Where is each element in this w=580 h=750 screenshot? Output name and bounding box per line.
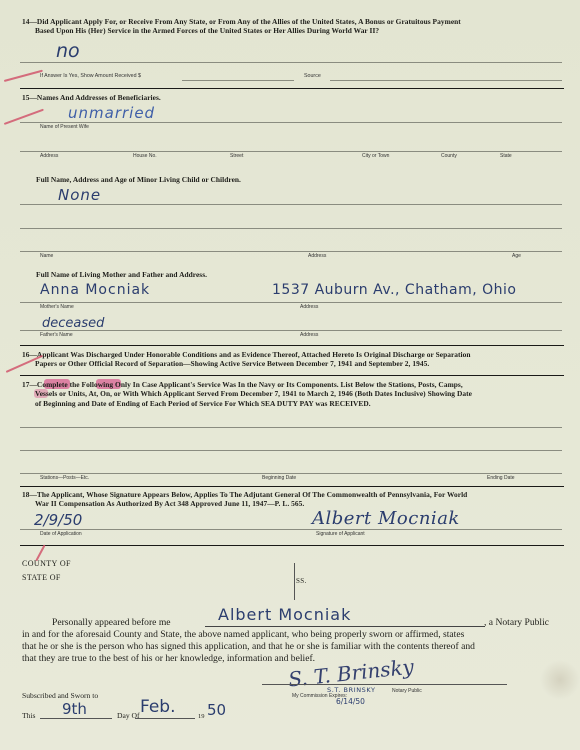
mother-address-value: 1537 Auburn Av., Chatham, Ohio <box>272 282 516 298</box>
month-value: Feb. <box>140 697 176 717</box>
stations-label: Stations—Posts—Etc. <box>40 475 89 481</box>
children-value: None <box>58 186 101 204</box>
q18-statement: 18—The Applicant, Whose Signature Appear… <box>22 490 572 509</box>
wife-name-line[interactable] <box>20 122 562 123</box>
address-label: Address <box>40 153 58 159</box>
parents-title: Full Name of Living Mother and Father an… <box>36 270 207 279</box>
ending-date-label: Ending Date <box>487 475 515 481</box>
state-label: State <box>500 153 512 159</box>
notary-public-label: Notary Public <box>392 688 422 694</box>
section-divider-15 <box>20 345 564 346</box>
q18-line[interactable] <box>20 529 562 530</box>
children-line-1[interactable] <box>20 204 562 205</box>
q16-line-2: Papers or Other Official Record of Separ… <box>22 359 572 368</box>
notary-body-1: in and for the aforesaid County and Stat… <box>22 629 567 641</box>
father-name-label: Father's Name <box>40 332 73 338</box>
state-of-label: STATE OF <box>22 573 61 582</box>
amount-received-line[interactable] <box>182 80 294 81</box>
mother-line[interactable] <box>20 302 562 303</box>
q18-line-1: 18—The Applicant, Whose Signature Appear… <box>22 490 467 499</box>
appeared-name-value: Albert Mocniak <box>218 605 351 624</box>
application-date-value: 2/9/50 <box>34 511 82 529</box>
application-form-page: 14—Did Applicant Apply For, or Receive F… <box>0 0 580 750</box>
children-line-2[interactable] <box>20 228 562 229</box>
notary-body-3: that they are true to the best of his or… <box>22 653 315 665</box>
appeared-prefix: Personally appeared before me <box>52 617 171 629</box>
children-line-3[interactable] <box>20 251 562 252</box>
section-divider-16 <box>20 375 564 376</box>
child-age-label: Age <box>512 253 521 259</box>
city-label: City or Town <box>362 153 389 159</box>
beginning-date-label: Beginning Date <box>262 475 296 481</box>
appeared-name-line[interactable] <box>205 626 485 627</box>
wife-name-value: unmarried <box>68 104 155 122</box>
q17-line-3: of Beginning and Date of Ending of Each … <box>22 399 572 408</box>
street-label: Street <box>230 153 243 159</box>
wife-address-line[interactable] <box>20 151 562 152</box>
q17-line-1: 17—Complete the Following Only In Case A… <box>22 380 463 389</box>
house-no-label: House No. <box>133 153 157 159</box>
father-address-label: Address <box>300 332 318 338</box>
paper-stain <box>540 660 580 700</box>
child-address-label: Address <box>308 253 326 259</box>
mother-name-label: Mother's Name <box>40 304 74 310</box>
q16-statement: 16—Applicant Was Discharged Under Honora… <box>22 350 572 369</box>
month-line[interactable] <box>135 718 195 719</box>
source-label: Source <box>304 73 321 79</box>
county-label: County <box>441 153 457 159</box>
day-line[interactable] <box>40 718 112 719</box>
mother-name-value: Anna Mocniak <box>40 282 150 298</box>
q17-line-2: Vessels or Units, At, On, or With Which … <box>22 389 572 398</box>
commission-expires-value: 6/14/50 <box>336 697 365 706</box>
q14-question: 14—Did Applicant Apply For, or Receive F… <box>22 17 572 36</box>
mother-address-label: Address <box>300 304 318 310</box>
notary-signature-line[interactable] <box>262 684 507 685</box>
date-of-application-label: Date of Application <box>40 531 82 537</box>
q14-line-1: 14—Did Applicant Apply For, or Receive F… <box>22 17 461 26</box>
amount-received-label: If Answer Is Yes, Show Amount Received $ <box>40 73 141 79</box>
q14-line-2: Based Upon His (Her) Service in the Arme… <box>22 26 572 35</box>
q14-answer-line <box>20 62 562 63</box>
year-value: 50 <box>207 701 226 719</box>
day-value: 9th <box>62 700 87 718</box>
father-name-value: deceased <box>42 316 104 331</box>
this-label: This <box>22 710 36 722</box>
q17-line-c[interactable] <box>20 473 562 474</box>
q17-instruction: 17—Complete the Following Only In Case A… <box>22 380 572 408</box>
source-line[interactable] <box>330 80 562 81</box>
check-mark-q14 <box>4 70 43 82</box>
child-name-label: Name <box>40 253 53 259</box>
q14-answer: no <box>56 40 80 62</box>
notary-body-2: that he or she is the person who has sig… <box>22 641 567 653</box>
section-divider-14 <box>20 88 564 89</box>
q16-line-1: 16—Applicant Was Discharged Under Honora… <box>22 350 471 359</box>
wife-name-label: Name of Present Wife <box>40 124 89 130</box>
father-line[interactable] <box>20 330 562 331</box>
applicant-signature: Albert Mocniak <box>312 508 460 529</box>
q17-line-b[interactable] <box>20 450 562 451</box>
ss-label: SS. <box>296 577 307 585</box>
year-prefix: 19 <box>198 711 205 723</box>
q18-line-2: War II Compensation As Authorized By Act… <box>22 499 572 508</box>
county-of-label: COUNTY OF <box>22 559 71 568</box>
section-divider-17 <box>20 486 564 487</box>
ss-bracket <box>290 563 295 600</box>
appeared-suffix: , a Notary Public <box>484 617 549 629</box>
signature-of-applicant-label: Signature of Applicant <box>316 531 365 537</box>
day-of-label: Day Of <box>117 710 140 722</box>
section-divider-18 <box>20 545 564 546</box>
q15-title: 15—Names And Addresses of Beneficiaries. <box>22 93 161 102</box>
children-title: Full Name, Address and Age of Minor Livi… <box>36 175 241 184</box>
q17-line-a[interactable] <box>20 427 562 428</box>
